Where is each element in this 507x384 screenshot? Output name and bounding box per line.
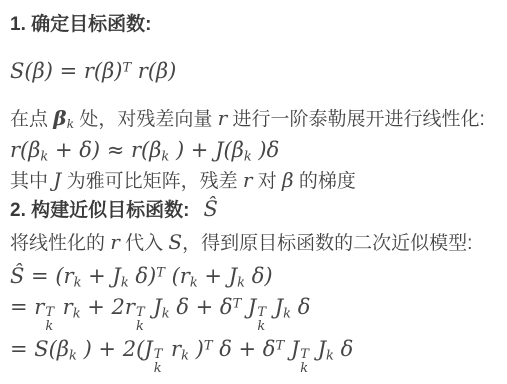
paragraph-jacobian-note: 其中 J 为雅可比矩阵，残差 r 对 β 的梯度 <box>10 165 499 197</box>
formula-s-hat-definition: Ŝ = (rk + Jk δ)T (rk + Jk δ) <box>10 261 499 292</box>
formula-s-hat-expanded: = rTk rk + 2rTk Jk δ + δT JTk Jk δ <box>10 292 499 334</box>
approximation-formula-block: Ŝ = (rk + Jk δ)T (rk + Jk δ) = rTk rk + … <box>10 261 499 375</box>
paragraph-substitute-intro: 将线性化的 r 代入 S，得到原目标函数的二次近似模型: <box>10 229 499 257</box>
formula-s-hat-final: = S(βk ) + 2(JTk rk )T δ + δT JTk Jk δ <box>10 334 499 376</box>
section1-heading: 1. 确定目标函数: <box>10 13 499 37</box>
paragraph-taylor-intro: 在点 βk 处，对残差向量 r 进行一阶泰勒展开进行线性化: <box>10 103 499 135</box>
section2-heading-math-s-hat: Ŝ <box>203 197 217 221</box>
section1-heading-text: 1. 确定目标函数: <box>10 13 151 37</box>
formula-taylor-expansion: r(βk + δ) ≈ r(βk ) + J(βk )δ <box>10 135 499 165</box>
formula-objective-function: S(β) = r(β)T r(β) <box>10 56 499 86</box>
linearization-paragraph: 在点 βk 处，对残差向量 r 进行一阶泰勒展开进行线性化: r(βk + δ)… <box>10 103 499 197</box>
document: 1. 确定目标函数: S(β) = r(β)T r(β) 在点 βk 处，对残差… <box>0 0 507 375</box>
section2-heading: 2. 构建近似目标函数:Ŝ <box>10 197 499 223</box>
section2-heading-text: 2. 构建近似目标函数: <box>10 199 189 223</box>
